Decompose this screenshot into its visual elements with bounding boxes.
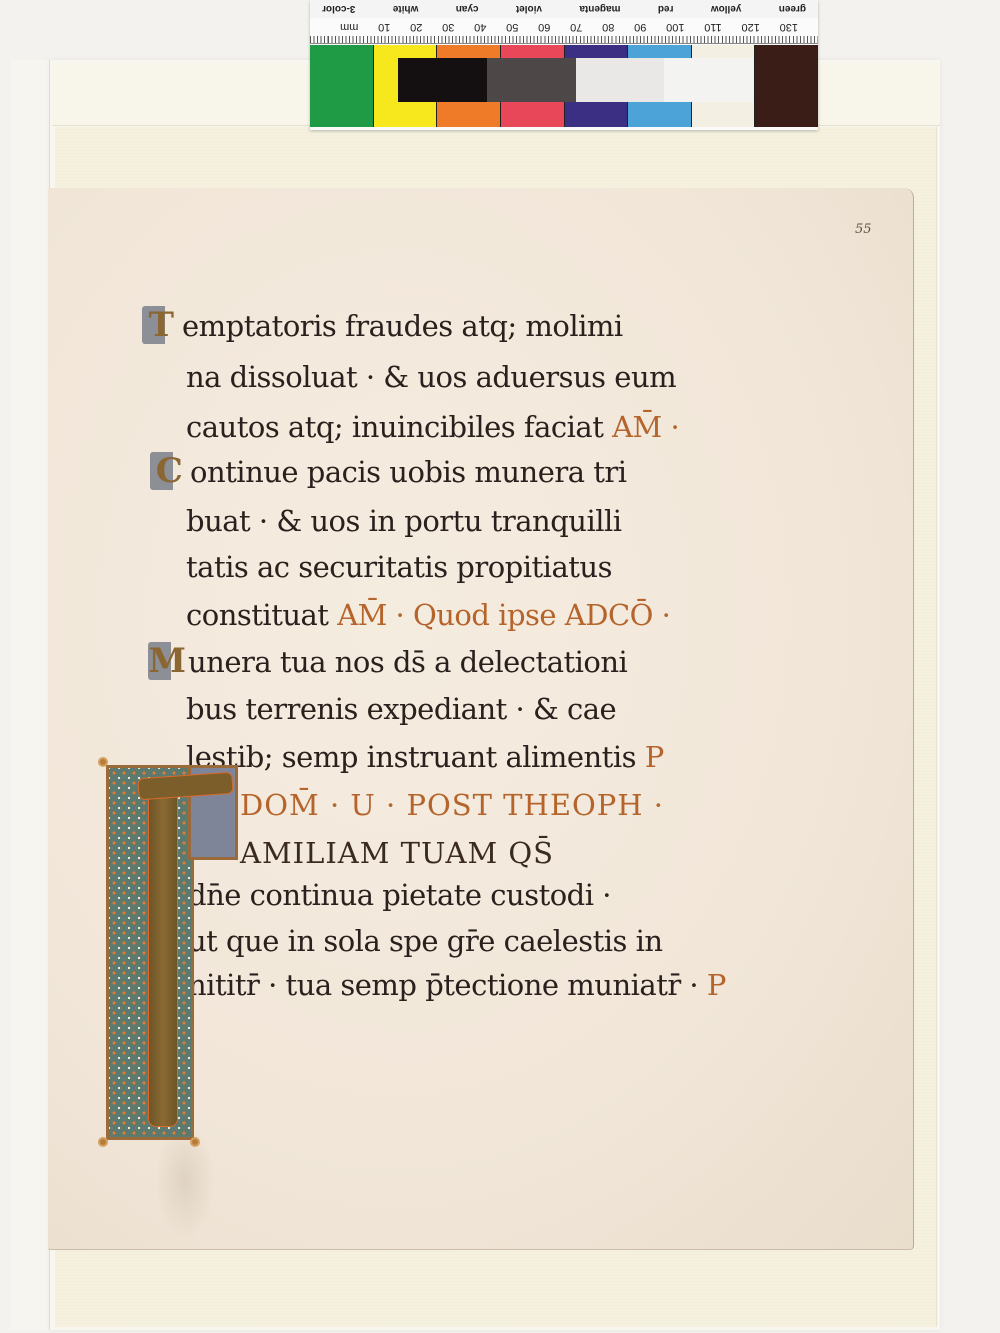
rubric-text: AM̄ · [612,410,679,444]
target-label: red [658,4,674,15]
illuminated-initial-f [98,757,210,1147]
line-text: AMILIAM TUAM QS̄ [240,836,554,870]
initial-c: C [150,452,188,490]
rubric-text: AM̄ · Quod ipse ADCŌ · [337,598,670,632]
text-line-3: cautos atq; inuincibiles faciat AM̄ · [186,410,679,444]
ruler-tick: 40 [474,21,486,33]
text-line-15: nititr̄ · tua semp p̄tectione muniatr̄ ·… [188,968,726,1002]
ruler-tick: 120 [742,21,760,33]
target-label: violet [516,4,542,15]
gray-scale-strip [398,58,753,102]
ruler-tick: 50 [506,21,518,33]
rubric-paragraph-mark: P [645,740,664,774]
line-text: nititr̄ · tua semp p̄tectione muniatr̄ · [188,968,698,1002]
target-label: green [779,4,806,15]
corner-roundel-icon [98,1137,108,1147]
ruler-tick: 30 [442,21,454,33]
swatch-brown [755,45,818,127]
text-line-13: dn̄e continua pietate custodi · [188,878,611,912]
ruler-tick: mm [340,21,358,33]
line-text: dn̄e continua pietate custodi · [188,878,611,912]
folio-number: 55 [855,222,872,237]
text-line-4: Continue pacis uobis munera tri [150,452,627,490]
text-line-8: Munera tua nos ds̄ a delectationi [148,642,627,680]
text-line-2: na dissoluat · & uos aduersus eum [186,360,676,394]
target-label: 3-color [322,4,355,15]
corner-roundel-icon [98,757,108,767]
gray-patch-dark [487,58,576,102]
line-text: tatis ac securitatis propitiatus [186,550,612,584]
ruler-tick: 70 [570,21,582,33]
ruler-tick: 110 [704,21,722,33]
rubric-paragraph-mark: P [707,968,726,1002]
corner-roundel-icon [190,1137,200,1147]
rubric-text: DOM̄ · U · POST THEOPH · [240,788,664,822]
target-label: cyan [456,4,479,15]
ruler-tick: 90 [634,21,646,33]
mount-left-strip [10,60,50,1330]
text-line-10: lestib; semp instruant alimentis P [186,740,664,774]
mm-ruler: 130 120 110 100 90 80 70 60 50 40 30 20 … [310,18,818,44]
line-text: lestib; semp instruant alimentis [186,740,636,774]
gray-patch-black [398,58,487,102]
target-label: yellow [711,4,742,15]
text-line-1: Temptatoris fraudes atq; molimi [142,306,623,344]
line-text: constituat [186,598,328,632]
color-target-labels: green yellow red magenta violet cyan whi… [310,0,818,18]
rubric-heading: DOM̄ · U · POST THEOPH · [240,788,664,822]
ruler-tick: 20 [410,21,422,33]
ruler-tick: 60 [538,21,550,33]
ruler-tick: 10 [378,21,390,33]
display-capitals-line: AMILIAM TUAM QS̄ [240,836,554,870]
line-text: ut que in sola spe gr̄e caelestis in [188,924,663,958]
ruler-tick: 100 [666,21,684,33]
initial-t: T [142,306,180,344]
ruler-tick: 80 [602,21,614,33]
initial-stem [148,777,178,1127]
text-line-7: constituat AM̄ · Quod ipse ADCŌ · [186,598,670,632]
text-line-14: ut que in sola spe gr̄e caelestis in [188,924,663,958]
color-target: green yellow red magenta violet cyan whi… [310,0,818,130]
line-text: emptatoris fraudes atq; molimi [182,309,623,343]
line-text: bus terrenis expediant · & cae [186,692,616,726]
line-text: cautos atq; inuincibiles faciat [186,410,603,444]
line-text: buat · & uos in portu tranquilli [186,504,622,538]
initial-m: M [148,642,186,680]
swatch-green [310,45,374,127]
target-label: magenta [579,4,620,15]
text-line-6: tatis ac securitatis propitiatus [186,550,612,584]
line-text: ontinue pacis uobis munera tri [190,455,627,489]
gray-patch-light [576,58,665,102]
gray-patch-white [664,58,753,102]
text-line-5: buat · & uos in portu tranquilli [186,504,622,538]
line-text: unera tua nos ds̄ a delectationi [188,645,627,679]
line-text: na dissoluat · & uos aduersus eum [186,360,676,394]
target-label: white [393,4,419,15]
ruler-tick: 130 [780,21,798,33]
text-line-9: bus terrenis expediant · & cae [186,692,616,726]
